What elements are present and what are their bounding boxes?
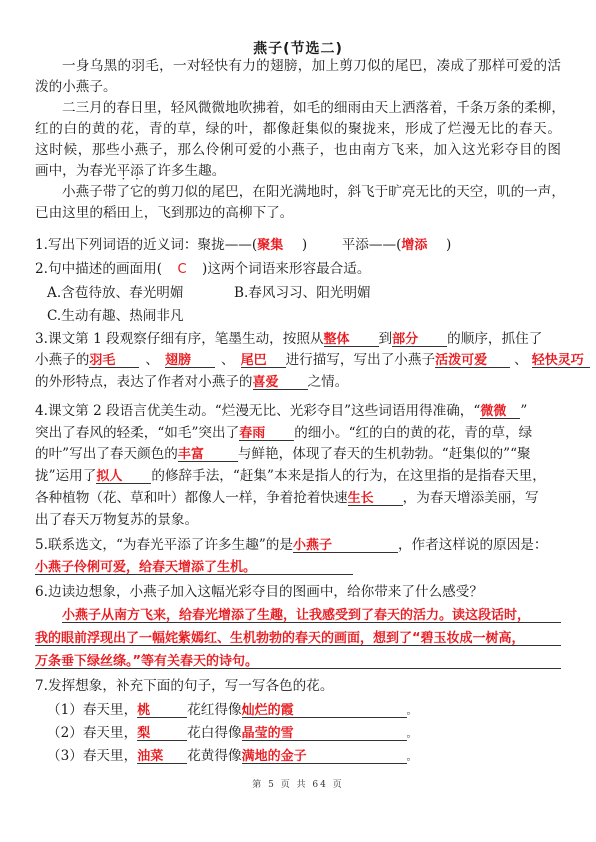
answer: 梨 [137, 726, 150, 741]
answer: C [162, 260, 202, 280]
question-text: 2.句中描述的画面用( [35, 261, 162, 277]
answer: 喜爱 [253, 375, 279, 390]
item-text: 花黄得像 [187, 748, 241, 764]
question-3-line-2: 小燕子的羽毛、翅膀、尾巴进行描写，写出了小燕子活泼可爱、轻快灵巧 [35, 350, 561, 370]
passage-line: 一身乌黑的羽毛，一对轻快有力的翅膀，加上剪刀似的尾巴，凑成了那样可爱的活 [35, 56, 561, 76]
item-text: 花红得像 [187, 702, 241, 718]
question-text: ，作者这样说的原因是： [398, 537, 548, 553]
answer: 羽毛 [89, 353, 115, 368]
question-text: )这两个词语来形容最合适。 [202, 261, 370, 277]
question-text: 3.课文第 1 段观察仔细有序，笔墨生动，按照从 [35, 331, 324, 347]
answer: 部分 [392, 332, 418, 347]
page-title: 燕子(节选二) [0, 38, 596, 58]
answer: 我的眼前浮现出了一幅姹紫嫣红、生机勃勃的春天的画面，想到了“碧玉妆成一树高， [35, 631, 525, 646]
q7-item: （3）春天里，油菜花黄得像满地的金子。 [47, 746, 573, 766]
passage-line: 二三月的春日里，轻风微微地吹拂着，如毛的细雨由天上洒落着，千条万条的柔柳， [35, 98, 561, 118]
answer: 增添 [401, 236, 437, 256]
question-6: 6.边读边想象，小燕子加入这幅光彩夺目的图画中，给你带来了什么感受？ [35, 582, 561, 602]
question-text: 的叶”写出了春天颜色的 [35, 446, 178, 462]
question-text: 1.写出下列词语的近义词：聚拢——( [35, 237, 257, 253]
question-text: 到 [379, 331, 393, 347]
question-text: 的外形特点，表达了作者对小燕子的 [35, 374, 253, 390]
answer: 万条垂下绿丝绦。”等有关春天的诗句。 [35, 654, 258, 669]
answer: 桃 [137, 703, 150, 718]
separator: 、 [510, 352, 532, 368]
question-text: 进行描写，写出了小燕子 [286, 352, 436, 368]
passage-line: 画中，为春光平添了许多生趣。 [35, 161, 561, 181]
page-number: 第 5 页 共 64 页 [0, 777, 596, 790]
question-text: 与鲜艳，体现了春天的生机勃勃。“赶集似的”“聚 [238, 446, 531, 462]
answer: 聚集 [257, 236, 293, 256]
answer: 微微 [480, 404, 506, 419]
item-label: （3）春天里， [47, 748, 137, 764]
q7-item: （1）春天里，桃花红得像灿烂的霞。 [47, 700, 573, 720]
passage-line: 已由这里的稻田上，飞到那边的高柳下了。 [35, 203, 561, 223]
answer: 小燕子伶俐可爱，给春天增添了生机。 [35, 560, 256, 575]
answer: 生长 [348, 491, 374, 506]
answer: 尾巴 [241, 353, 267, 368]
question-6-answer-line: 万条垂下绿丝绦。”等有关春天的诗句。 [35, 651, 561, 671]
answer: 小燕子 [293, 538, 332, 553]
answer: 活泼可爱 [435, 353, 487, 368]
question-text: 之情。 [308, 374, 349, 390]
question-1: 1.写出下列词语的近义词：聚拢——(聚集 ) 平添——(增添 ) [35, 235, 561, 255]
item-text: 花白得像 [187, 725, 241, 741]
question-text: 的顺序，抓住了 [447, 331, 542, 347]
question-text: 4.课文第 2 段语言优美生动。“烂漫无比、光彩夺目”这些词语用得准确，“ [35, 403, 480, 419]
question-text: 的细小。“红的白的黄的花，青的草，绿 [294, 425, 532, 441]
item-text: 。 [407, 706, 417, 717]
separator: 、 [139, 352, 165, 368]
answer: 翅膀 [165, 353, 191, 368]
question-text: 突出了春风的轻柔，“如毛”突出了 [35, 425, 239, 441]
passage-line: 红的白的黄的花，青的草，绿的叶，都像赶集似的聚拢来，形成了烂漫无比的春天。 [35, 119, 561, 139]
emphasis-char: 添 [130, 163, 144, 179]
emphasis-char: 平 [117, 163, 131, 179]
answer: 拟人 [96, 469, 122, 484]
document-page: 燕子(节选二) 一身乌黑的羽毛，一对轻快有力的翅膀，加上剪刀似的尾巴，凑成了那样… [0, 0, 596, 842]
question-text: ，为春天增添美丽，写 [403, 490, 539, 506]
option-a: A.含苞待放、春光明媚 [47, 283, 183, 303]
answer: 整体 [324, 332, 350, 347]
answer: 晶莹的雪 [242, 726, 294, 741]
option-b: B.春风习习、阳光明媚 [234, 283, 371, 303]
text: 了许多生趣。 [144, 163, 226, 179]
question-4-line-5: 各种植物（花、草和叶）都像人一样，争着抢着快速生长，为春天增添美丽，写 [35, 488, 561, 508]
question-4-line-2: 突出了春风的轻柔，“如毛”突出了春雨的细小。“红的白的黄的花，青的草，绿 [35, 423, 561, 443]
answer: 轻快灵巧 [532, 353, 584, 368]
question-text: 的修辞手法，“赶集”本来是指人的行为，在这里指的是指春天里， [151, 468, 546, 484]
question-2: 2.句中描述的画面用(C)这两个词语来形容最合适。 [35, 259, 561, 279]
passage-line: 泼的小燕子。 [35, 77, 561, 97]
question-text: ) [437, 237, 451, 253]
question-text: 小燕子的 [35, 352, 89, 368]
passage-line: 这时候，那些小燕子，那么伶俐可爱的小燕子，也由南方飞来，加入这光彩夺目的图 [35, 140, 561, 160]
item-label: （2）春天里， [47, 725, 137, 741]
question-6-answer-line: 小燕子从南方飞来，给春光增添了生趣，让我感受到了春天的活力。读这段话时， [35, 605, 561, 625]
question-6-answer-line: 我的眼前浮现出了一幅姹紫嫣红、生机勃勃的春天的画面，想到了“碧玉妆成一树高， [35, 628, 561, 648]
item-text: 。 [407, 752, 417, 763]
question-3-line-3: 的外形特点，表达了作者对小燕子的喜爱之情。 [35, 372, 561, 392]
question-4: 4.课文第 2 段语言优美生动。“烂漫无比、光彩夺目”这些词语用得准确，“微微” [35, 401, 561, 421]
answer: 小燕子从南方飞来，给春光增添了生趣，让我感受到了春天的活力。读这段话时， [62, 608, 530, 623]
question-text: 5.联系选文，“为春光平添了许多生趣”的是 [35, 537, 293, 553]
question-3: 3.课文第 1 段观察仔细有序，笔墨生动，按照从整体到部分的顺序，抓住了 [35, 329, 561, 349]
option-c: C.生动有趣、热闹非凡 [47, 306, 573, 326]
options-row: A.含苞待放、春光明媚 B.春风习习、阳光明媚 [0, 283, 596, 303]
question-text: 拢”运用了 [35, 468, 96, 484]
question-text: ” [520, 403, 527, 419]
answer: 油菜 [137, 749, 163, 764]
text: 画中，为春光 [35, 163, 117, 179]
passage-line: 小燕子带了它的剪刀似的尾巴，在阳光满地时，斜飞于旷亮无比的天空，叽的一声， [35, 182, 561, 202]
question-7: 7.发挥想象，补充下面的句子，写一写各色的花。 [35, 676, 561, 696]
question-4-line-4: 拢”运用了拟人的修辞手法，“赶集”本来是指人的行为，在这里指的是指春天里， [35, 466, 561, 486]
answer: 丰富 [178, 447, 204, 462]
item-text: 。 [407, 729, 417, 740]
separator: 、 [215, 352, 241, 368]
question-5-answer-line: 小燕子伶俐可爱，给春天增添了生机。 [35, 557, 561, 577]
question-4-line-6: 出了春天万物复苏的景象。 [35, 510, 561, 530]
question-text: ) 平添——( [293, 237, 401, 253]
question-5: 5.联系选文，“为春光平添了许多生趣”的是小燕子，作者这样说的原因是： [35, 535, 561, 555]
q7-item: （2）春天里，梨花白得像晶莹的雪。 [47, 723, 573, 743]
answer: 满地的金子 [242, 749, 307, 764]
question-text: 各种植物（花、草和叶）都像人一样，争着抢着快速 [35, 490, 348, 506]
question-4-line-3: 的叶”写出了春天颜色的丰富与鲜艳，体现了春天的生机勃勃。“赶集似的”“聚 [35, 444, 561, 464]
answer: 灿烂的霞 [242, 703, 294, 718]
item-label: （1）春天里， [47, 702, 137, 718]
answer: 春雨 [239, 426, 265, 441]
